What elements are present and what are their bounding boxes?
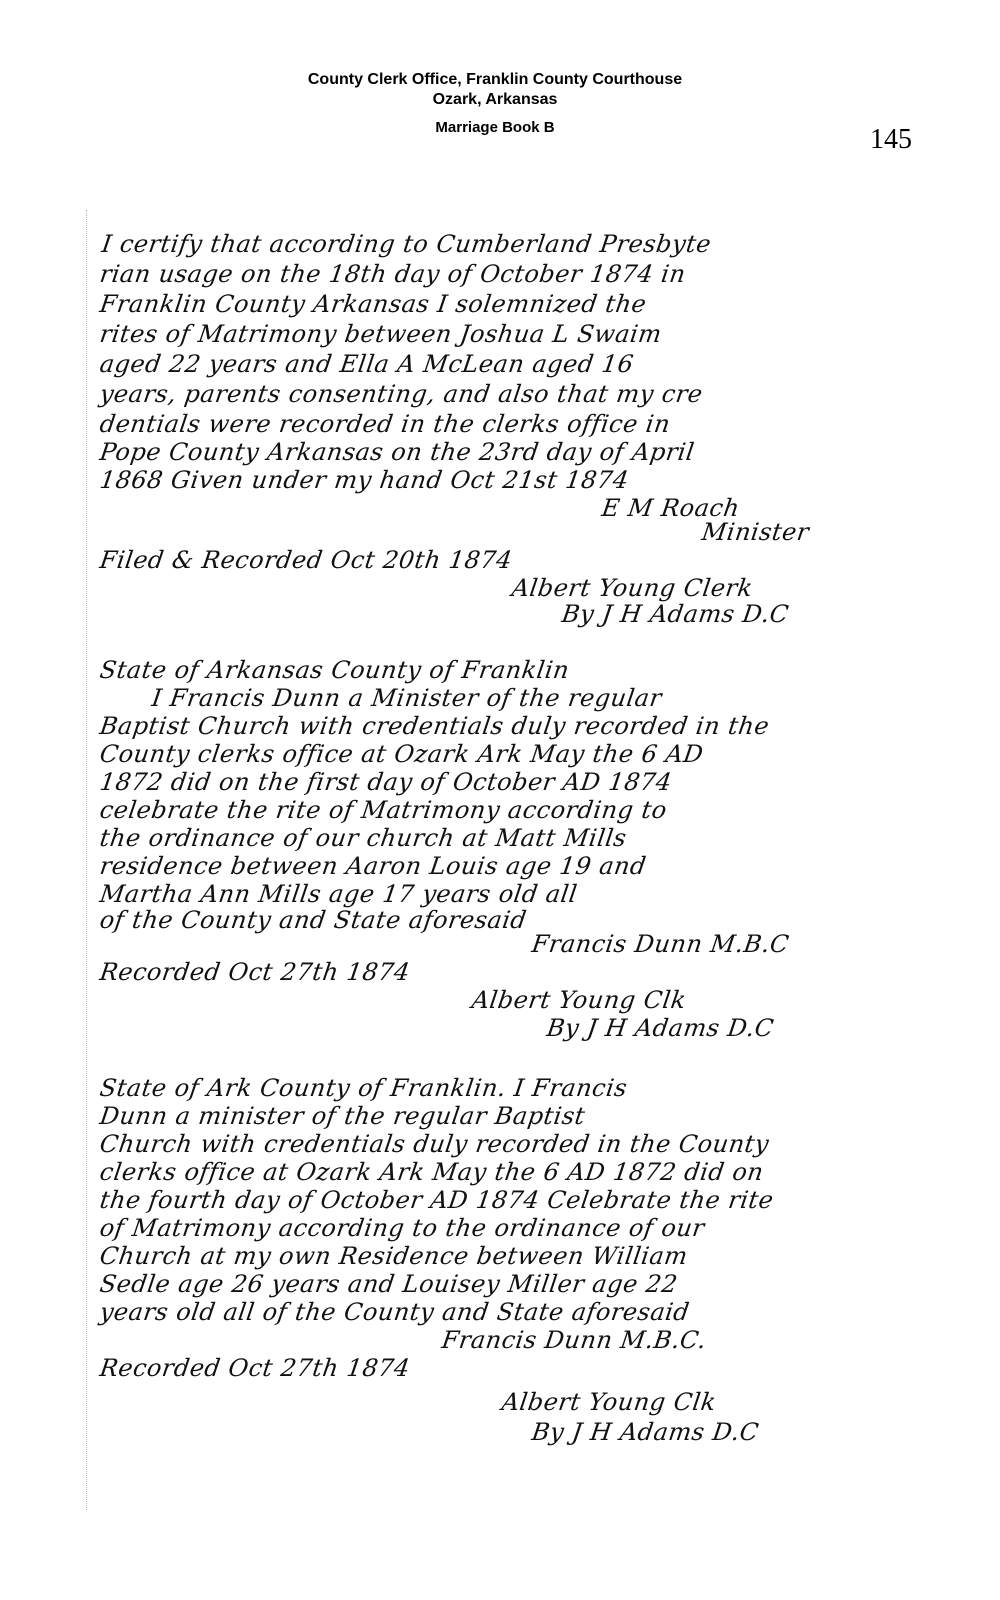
recorded-note: Filed & Recorded Oct 20th 1874 xyxy=(98,546,514,574)
entry-line: Dunn a minister of the regular Baptist xyxy=(98,1102,587,1130)
entry-line: aged 22 years and Ella A McLean aged 16 xyxy=(98,350,635,378)
entry-line: of the County and State aforesaid xyxy=(98,906,528,934)
minister-signature: Francis Dunn M.B.C. xyxy=(440,1326,708,1354)
entry-line: I Francis Dunn a Minister of the regular xyxy=(150,684,664,712)
entry-line: Martha Ann Mills age 17 years old all xyxy=(98,880,579,908)
recorded-note: Recorded Oct 27th 1874 xyxy=(98,958,412,986)
entry-line: 1872 did on the first day of October AD … xyxy=(98,768,674,796)
entry-line: rian usage on the 18th day of October 18… xyxy=(98,260,688,288)
entry-line: clerks office at Ozark Ark May the 6 AD … xyxy=(98,1158,765,1186)
entry-line: Church with credentials duly recorded in… xyxy=(98,1130,771,1158)
entry-line: 1868 Given under my hand Oct 21st 1874 xyxy=(98,466,631,494)
entry-line: Baptist Church with credentials duly rec… xyxy=(98,712,771,740)
deputy-signature: By J H Adams D.C xyxy=(560,600,791,628)
entry-line: the fourth day of October AD 1874 Celebr… xyxy=(98,1186,775,1214)
clerk-signature: Albert Young Clk xyxy=(500,1388,718,1416)
minister-signature: Francis Dunn M.B.C xyxy=(530,930,791,958)
office-location: Ozark, Arkansas xyxy=(0,90,1000,110)
page-number: 145 xyxy=(870,124,912,156)
entry-line: State of Arkansas County of Franklin xyxy=(98,656,571,684)
entry-line: rites of Matrimony between Joshua L Swai… xyxy=(98,320,664,348)
page-header: County Clerk Office, Franklin County Cou… xyxy=(0,70,1000,138)
entry-line: Sedle age 26 years and Louisey Miller ag… xyxy=(98,1270,680,1298)
office-title: County Clerk Office, Franklin County Cou… xyxy=(0,70,1000,90)
entry-line: years, parents consenting, and also that… xyxy=(98,380,705,408)
deputy-signature: By J H Adams D.C xyxy=(530,1418,761,1446)
entry-line: of Matrimony according to the ordinance … xyxy=(98,1214,706,1242)
entry-line: Franklin County Arkansas I solemnized th… xyxy=(98,290,648,318)
margin-line xyxy=(86,210,87,1510)
clerk-signature: Albert Young Clk xyxy=(470,986,688,1014)
entry-line: dentials were recorded in the clerks off… xyxy=(98,410,672,438)
entry-line: Church at my own Residence between Willi… xyxy=(98,1242,690,1270)
entry-line: the ordinance of our church at Matt Mill… xyxy=(98,824,628,852)
entry-line: County clerks office at Ozark Ark May th… xyxy=(98,740,705,768)
minister-title: Minister xyxy=(700,518,811,546)
clerk-signature: Albert Young Clerk xyxy=(510,574,755,602)
deputy-signature: By J H Adams D.C xyxy=(545,1014,776,1042)
recorded-note: Recorded Oct 27th 1874 xyxy=(98,1354,412,1382)
entry-line: years old all of the County and State af… xyxy=(98,1298,691,1326)
entry-line: I certify that according to Cumberland P… xyxy=(100,230,713,258)
entry-line: State of Ark County of Franklin. I Franc… xyxy=(98,1074,629,1102)
book-title: Marriage Book B xyxy=(0,118,1000,138)
entry-line: residence between Aaron Louis age 19 and xyxy=(98,852,648,880)
entry-line: celebrate the rite of Matrimony accordin… xyxy=(98,796,669,824)
entry-line: Pope County Arkansas on the 23rd day of … xyxy=(98,438,696,466)
